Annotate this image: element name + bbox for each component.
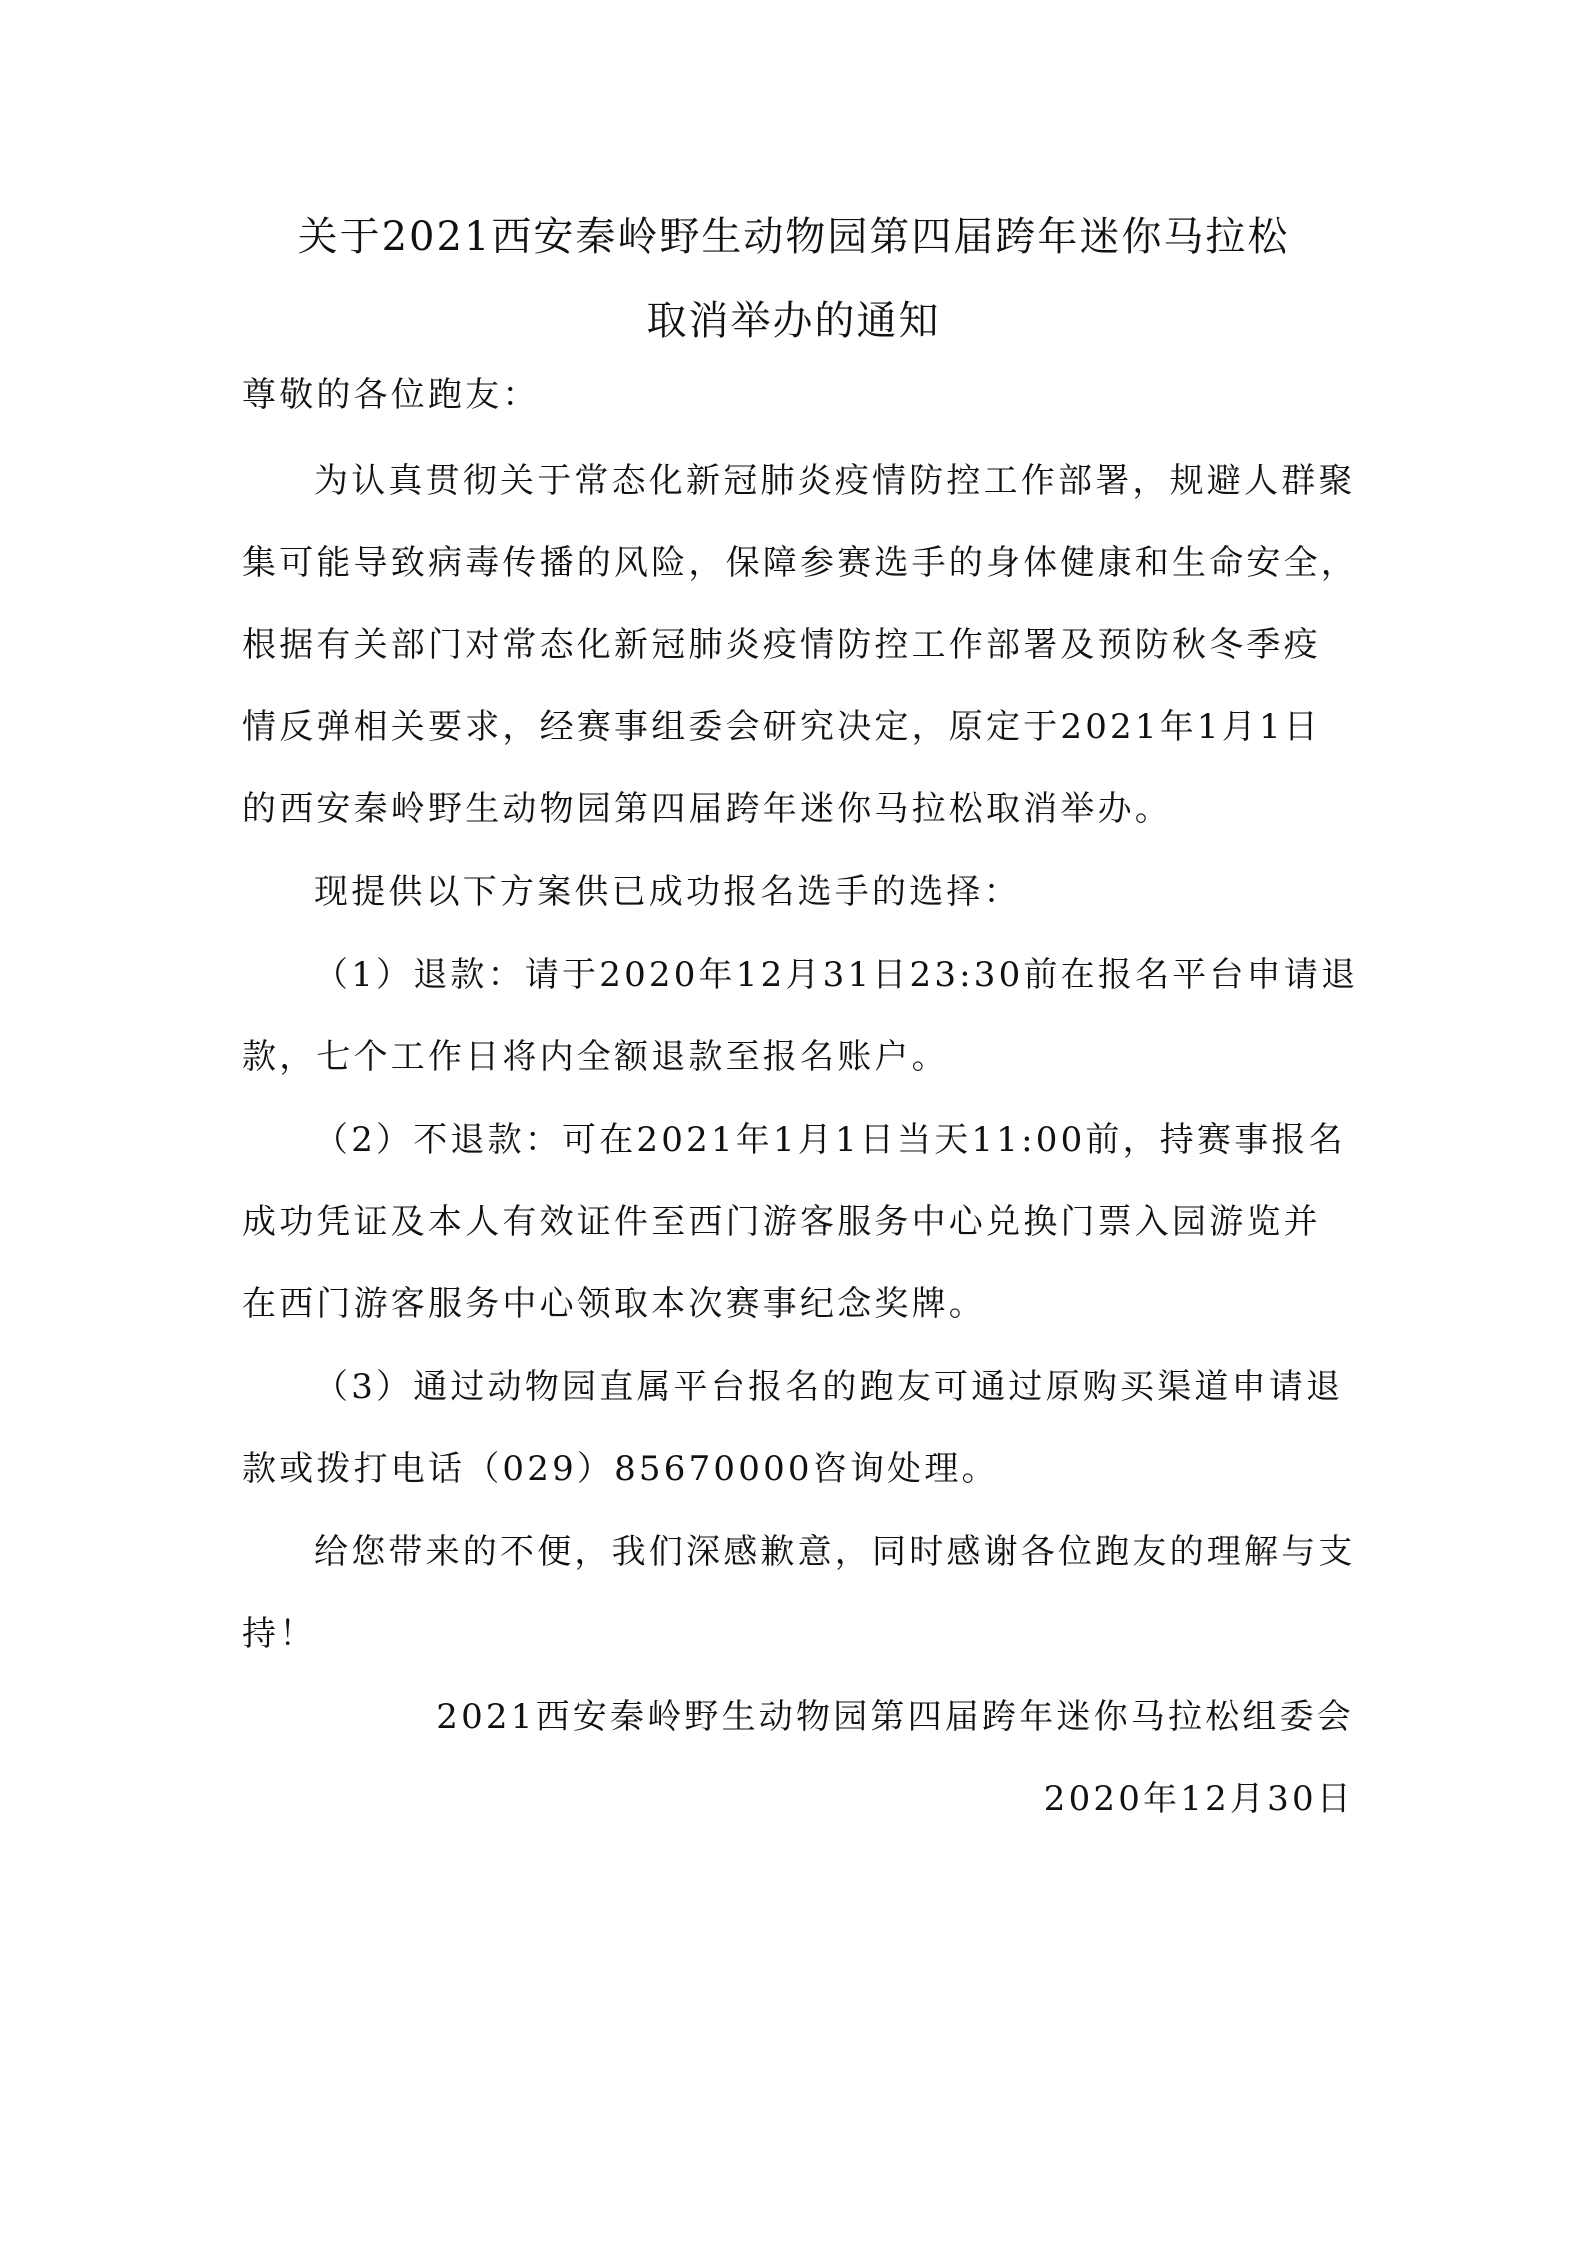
option-3-line-1: （3）通过动物园直属平台报名的跑友可通过原购买渠道申请退 [314, 1365, 1354, 1409]
signature-date: 2020年12月30日 [1044, 1777, 1354, 1821]
document-title-line-2: 取消举办的通知 [0, 296, 1587, 346]
paragraph-1-line-1: 为认真贯彻关于常态化新冠肺炎疫情防控工作部署，规避人群聚 [314, 459, 1354, 503]
document-page: 关于2021西安秦岭野生动物园第四届跨年迷你马拉松 取消举办的通知 尊敬的各位跑… [0, 0, 1587, 2245]
closing-line-2: 持！ [242, 1612, 1354, 1656]
paragraph-1-line-5: 的西安秦岭野生动物园第四届跨年迷你马拉松取消举办。 [242, 787, 1354, 831]
option-1-line-1: （1）退款：请于2020年12月31日23:30前在报名平台申请退 [314, 953, 1354, 997]
paragraph-2-line-1: 现提供以下方案供已成功报名选手的选择： [314, 870, 1354, 914]
salutation: 尊敬的各位跑友： [242, 373, 1354, 417]
closing-line-1: 给您带来的不便，我们深感歉意，同时感谢各位跑友的理解与支 [314, 1530, 1354, 1574]
paragraph-1-line-3: 根据有关部门对常态化新冠肺炎疫情防控工作部署及预防秋冬季疫 [242, 623, 1354, 667]
paragraph-1-line-4: 情反弹相关要求，经赛事组委会研究决定，原定于2021年1月1日 [242, 705, 1354, 749]
document-title-line-1: 关于2021西安秦岭野生动物园第四届跨年迷你马拉松 [0, 212, 1587, 262]
signature-organization: 2021西安秦岭野生动物园第四届跨年迷你马拉松组委会 [436, 1695, 1354, 1739]
option-3-line-2: 款或拨打电话（029）85670000咨询处理。 [242, 1447, 1354, 1491]
option-2-line-1: （2）不退款：可在2021年1月1日当天11:00前，持赛事报名 [314, 1118, 1354, 1162]
option-2-line-2: 成功凭证及本人有效证件至西门游客服务中心兑换门票入园游览并 [242, 1200, 1354, 1244]
option-2-line-3: 在西门游客服务中心领取本次赛事纪念奖牌。 [242, 1282, 1354, 1326]
paragraph-1-line-2: 集可能导致病毒传播的风险，保障参赛选手的身体健康和生命安全， [242, 541, 1354, 585]
option-1-line-2: 款，七个工作日将内全额退款至报名账户。 [242, 1035, 1354, 1079]
